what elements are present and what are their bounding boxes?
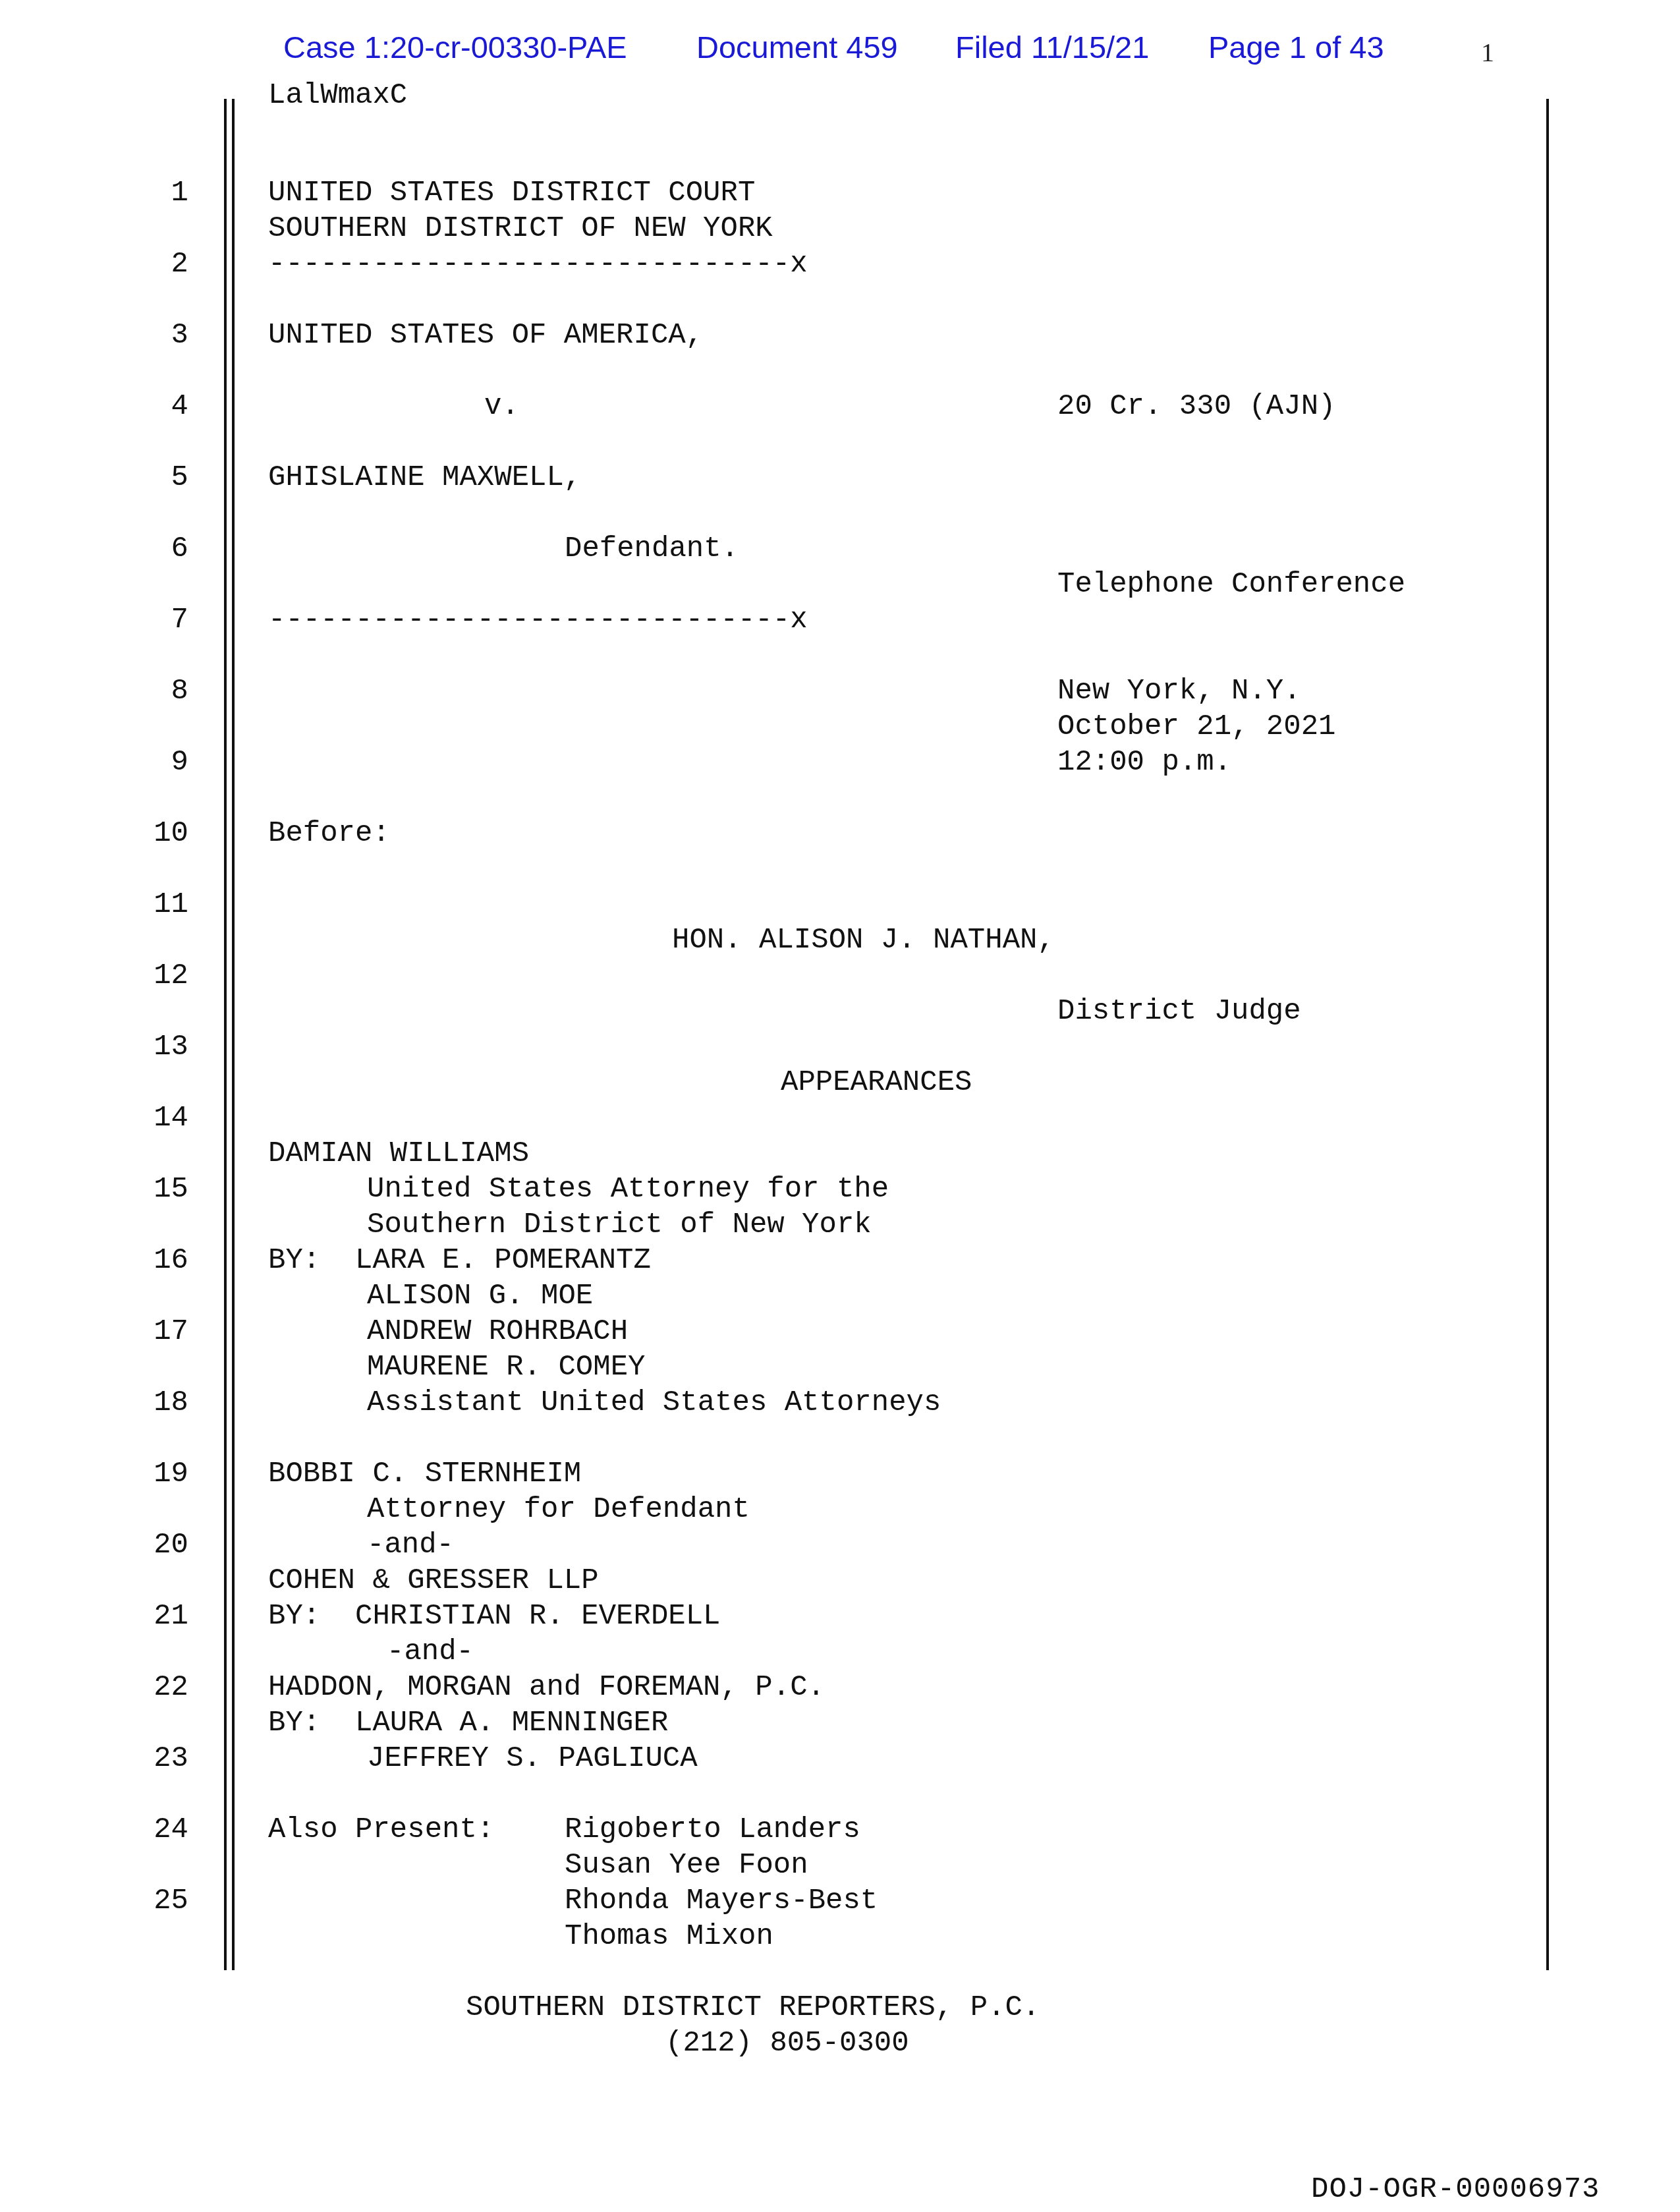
- header-code: LalWmaxC: [268, 79, 407, 112]
- line-number: 12: [129, 959, 188, 992]
- line-number: 6: [129, 532, 188, 565]
- line-number: 4: [129, 390, 188, 423]
- caption-separator: ------------------------------x: [268, 604, 808, 637]
- line-number: 9: [129, 746, 188, 779]
- line-number: 11: [129, 888, 188, 921]
- appearance-line: MAURENE R. COMEY: [367, 1351, 645, 1384]
- also-present-name: Rigoberto Landers: [565, 1813, 860, 1846]
- filed-date-stamp: Filed 11/15/21: [955, 29, 1149, 65]
- also-present-name: Thomas Mixon: [565, 1920, 773, 1953]
- line-number: 14: [129, 1102, 188, 1135]
- defendant-name: GHISLAINE MAXWELL,: [268, 461, 581, 494]
- line-number: 10: [129, 817, 188, 850]
- reporter-phone: (212) 805-0300: [665, 2027, 909, 2060]
- line-number: 1: [129, 177, 188, 210]
- left-margin-rule-inner: [232, 99, 235, 1970]
- also-present-name: Susan Yee Foon: [565, 1849, 808, 1882]
- appearances-heading: APPEARANCES: [781, 1066, 972, 1099]
- page-count-stamp: Page 1 of 43: [1208, 29, 1384, 65]
- document-number-stamp: Document 459: [696, 29, 898, 65]
- line-number: 22: [129, 1671, 188, 1704]
- line-number: 24: [129, 1813, 188, 1846]
- versus: v.: [484, 390, 519, 423]
- line-number: 5: [129, 461, 188, 494]
- judge-name: HON. ALISON J. NATHAN,: [672, 924, 1055, 957]
- appearance-line: HADDON, MORGAN and FOREMAN, P.C.: [268, 1671, 825, 1704]
- line-number: 23: [129, 1742, 188, 1775]
- also-present-label: Also Present:: [268, 1813, 494, 1846]
- line-number: 13: [129, 1031, 188, 1063]
- defendant-label: Defendant.: [565, 532, 739, 565]
- line-number: 20: [129, 1529, 188, 1562]
- right-margin-rule: [1546, 99, 1549, 1970]
- line-number: 18: [129, 1386, 188, 1419]
- caption-separator: ------------------------------x: [268, 248, 808, 281]
- court-name: UNITED STATES DISTRICT COURT: [268, 177, 755, 210]
- appearance-line: -and-: [387, 1635, 474, 1668]
- appearance-line: BOBBI C. STERNHEIM: [268, 1458, 581, 1490]
- appearance-line: ALISON G. MOE: [367, 1280, 593, 1313]
- appearance-line: BY: LARA E. POMERANTZ: [268, 1244, 651, 1277]
- line-number: 17: [129, 1315, 188, 1348]
- appearance-line: Southern District of New York: [367, 1208, 872, 1241]
- line-number: 25: [129, 1885, 188, 1917]
- appearance-line: United States Attorney for the: [367, 1173, 889, 1206]
- line-number: 15: [129, 1173, 188, 1206]
- appearance-line: DAMIAN WILLIAMS: [268, 1137, 529, 1170]
- court-district: SOUTHERN DISTRICT OF NEW YORK: [268, 212, 773, 245]
- line-number: 19: [129, 1458, 188, 1490]
- line-number: 2: [129, 248, 188, 281]
- case-number-stamp: Case 1:20-cr-00330-PAE: [283, 29, 627, 65]
- appearance-line: BY: LAURA A. MENNINGER: [268, 1707, 668, 1740]
- line-number: 3: [129, 319, 188, 352]
- appearance-line: -and-: [367, 1529, 454, 1562]
- before-label: Before:: [268, 817, 390, 850]
- appearance-line: JEFFREY S. PAGLIUCA: [367, 1742, 698, 1775]
- appearance-line: ANDREW ROHRBACH: [367, 1315, 628, 1348]
- case-number: 20 Cr. 330 (AJN): [1057, 390, 1335, 423]
- appearance-line: BY: CHRISTIAN R. EVERDELL: [268, 1600, 721, 1633]
- line-number: 8: [129, 675, 188, 708]
- reporter-name: SOUTHERN DISTRICT REPORTERS, P.C.: [466, 1991, 1040, 2024]
- line-number: 16: [129, 1244, 188, 1277]
- line-number: 21: [129, 1600, 188, 1633]
- transcript-page-number: 1: [1481, 37, 1494, 68]
- left-margin-rule-outer: [224, 99, 227, 1970]
- plaintiff: UNITED STATES OF AMERICA,: [268, 319, 703, 352]
- line-number: 7: [129, 604, 188, 637]
- bates-number: DOJ-OGR-00006973: [1311, 2173, 1600, 2206]
- appearance-line: Assistant United States Attorneys: [367, 1386, 941, 1419]
- date: October 21, 2021: [1057, 710, 1335, 743]
- appearance-line: Attorney for Defendant: [367, 1493, 750, 1526]
- appearance-line: COHEN & GRESSER LLP: [268, 1564, 599, 1597]
- time: 12:00 p.m.: [1057, 746, 1231, 779]
- judge-title: District Judge: [1057, 995, 1301, 1028]
- location: New York, N.Y.: [1057, 675, 1301, 708]
- proceeding-type: Telephone Conference: [1057, 568, 1405, 601]
- also-present-name: Rhonda Mayers-Best: [565, 1885, 878, 1917]
